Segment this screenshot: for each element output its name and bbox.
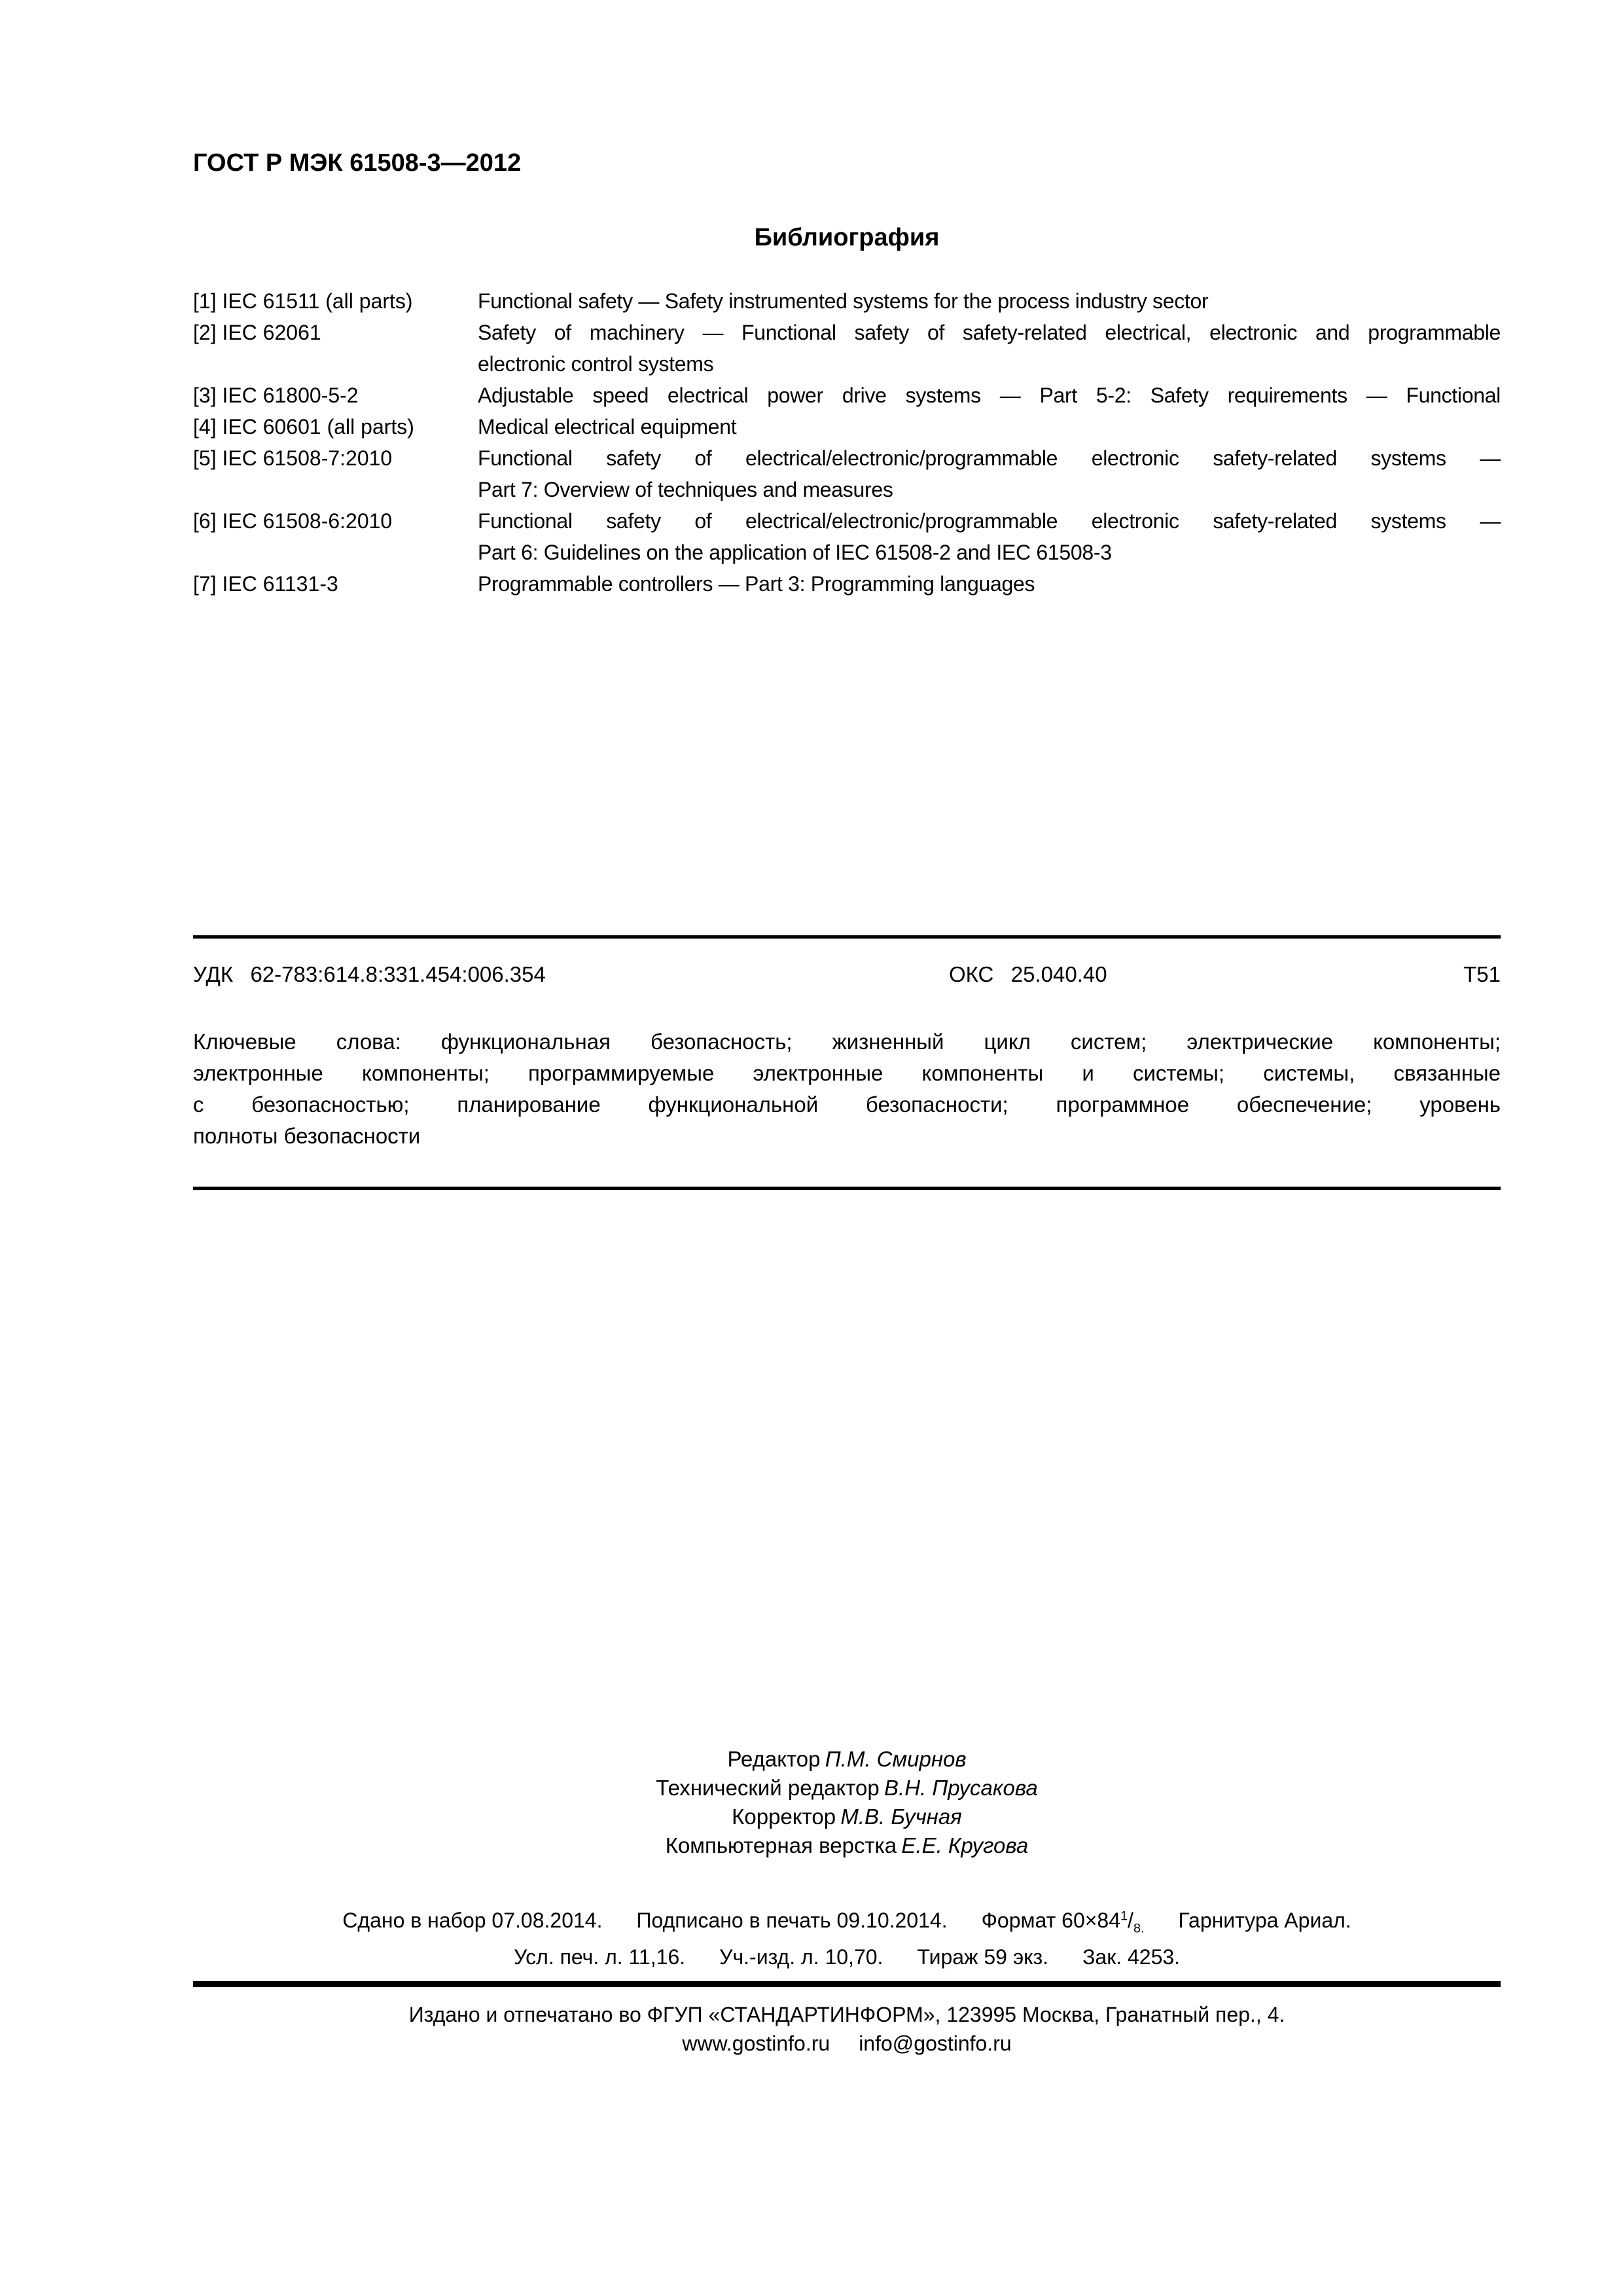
bibliography-ref-line: Functional safety of electrical/electron… [478,442,1501,474]
colophon-signed: Подписано в печать 09.10.2014. [636,1909,947,1933]
bibliography-ref-label: [4] IEC 60601 (all parts) [193,411,478,442]
publisher-address: Издано и отпечатано во ФГУП «СТАНДАРТИНФ… [193,2000,1501,2029]
bibliography-ref-title: Functional safety of electrical/electron… [478,505,1501,568]
colophon-line-1: Сдано в набор 07.08.2014.Подписано в печ… [193,1909,1501,1936]
bibliography-ref-label: [1] IEC 61511 (all parts) [193,285,478,317]
bibliography-ref-line: Adjustable speed electrical power drive … [478,380,1501,411]
horizontal-rule-middle [193,1187,1501,1190]
colophon-publishing-sheets: Уч.-изд. л. 10,70. [719,1945,883,1969]
horizontal-rule-bottom [193,1981,1501,1987]
credit-role: Компьютерная верстка [666,1833,897,1857]
credit-name: Е.Е. Кругова [901,1833,1028,1857]
credit-role: Редактор [727,1747,820,1771]
colophon-format: Формат 60×841/8. [982,1909,1145,1936]
bibliography-list: [1] IEC 61511 (all parts) Functional saf… [193,285,1501,600]
bibliography-ref-line: Part 7: Overview of techniques and measu… [478,474,1501,505]
colophon-line-2: Усл. печ. л. 11,16.Уч.-изд. л. 10,70.Тир… [193,1945,1501,1969]
section-title-bibliography: Библиография [193,224,1501,252]
bibliography-entry: [3] IEC 61800-5-2 Adjustable speed elect… [193,380,1501,411]
publisher-email: info@gostinfo.ru [859,2029,1012,2058]
bibliography-ref-title: Safety of machinery — Functional safety … [478,317,1501,380]
keywords-line: электронные компоненты; программируемые … [193,1058,1501,1089]
bibliography-entry: [4] IEC 60601 (all parts) Medical electr… [193,411,1501,442]
bibliography-ref-title: Functional safety of electrical/electron… [478,442,1501,505]
credit-line: КорректорМ.В. Бучная [193,1803,1501,1831]
bibliography-ref-line: Medical electrical equipment [478,411,1501,442]
format-superscript: 1 [1120,1909,1128,1923]
bibliography-ref-label: [2] IEC 62061 [193,317,478,348]
bibliography-ref-label: [7] IEC 61131-3 [193,568,478,600]
colophon-submitted: Сдано в набор 07.08.2014. [342,1909,602,1933]
publisher-block: Издано и отпечатано во ФГУП «СТАНДАРТИНФ… [193,2000,1501,2058]
classification-row: УДК62-783:614.8:331.454:006.354 ОКС25.04… [193,962,1501,991]
bibliography-ref-line: Programmable controllers — Part 3: Progr… [478,568,1501,600]
bibliography-ref-label: [6] IEC 61508-6:2010 [193,505,478,537]
format-prefix: Формат 60×84 [982,1909,1120,1932]
bibliography-ref-title: Medical electrical equipment [478,411,1501,442]
oks-code: ОКС25.040.40 [949,962,1107,987]
colophon-order: Зак. 4253. [1082,1945,1180,1969]
udk-code: УДК62-783:614.8:331.454:006.354 [193,962,546,987]
bibliography-entry: [6] IEC 61508-6:2010 Functional safety o… [193,505,1501,568]
keywords-paragraph: Ключевые слова: функциональная безопасно… [193,1026,1501,1152]
publisher-website: www.gostinfo.ru [682,2029,830,2058]
udk-value: 62-783:614.8:331.454:006.354 [250,962,545,986]
udk-label: УДК [193,962,233,986]
oks-label: ОКС [949,962,993,986]
format-subscript: 8. [1133,1921,1145,1935]
credit-line: РедакторП.М. Смирнов [193,1745,1501,1774]
horizontal-rule-top [193,935,1501,939]
bibliography-ref-line: Part 6: Guidelines on the application of… [478,537,1501,568]
bibliography-ref-line: Functional safety of electrical/electron… [478,505,1501,537]
credit-name: П.М. Смирнов [825,1747,967,1771]
bibliography-ref-label: [3] IEC 61800-5-2 [193,380,478,411]
bibliography-entry: [7] IEC 61131-3 Programmable controllers… [193,568,1501,600]
bibliography-entry: [1] IEC 61511 (all parts) Functional saf… [193,285,1501,317]
credit-role: Технический редактор [656,1776,879,1800]
bibliography-entry: [2] IEC 62061 Safety of machinery — Func… [193,317,1501,380]
publisher-contacts: www.gostinfo.ruinfo@gostinfo.ru [193,2029,1501,2058]
editorial-credits: РедакторП.М. Смирнов Технический редакто… [193,1745,1501,1860]
keywords-line: с безопасностью; планирование функционал… [193,1089,1501,1121]
bibliography-ref-line: Safety of machinery — Functional safety … [478,317,1501,348]
colophon-circulation: Тираж 59 экз. [917,1945,1048,1969]
colophon-typeface: Гарнитура Ариал. [1178,1909,1351,1933]
colophon-conventional-sheets: Усл. печ. л. 11,16. [514,1945,685,1969]
bibliography-entry: [5] IEC 61508-7:2010 Functional safety o… [193,442,1501,505]
bibliography-ref-title: Programmable controllers — Part 3: Progr… [478,568,1501,600]
standard-designation: ГОСТ Р МЭК 61508-3—2012 [193,149,521,177]
bibliography-ref-label: [5] IEC 61508-7:2010 [193,442,478,474]
keywords-line: полноты безопасности [193,1121,1501,1152]
bibliography-ref-title: Adjustable speed electrical power drive … [478,380,1501,411]
oks-value: 25.040.40 [1011,962,1107,986]
bibliography-ref-title: Functional safety — Safety instrumented … [478,285,1501,317]
credit-name: В.Н. Прусакова [884,1776,1038,1800]
document-page: ГОСТ Р МЭК 61508-3—2012 Библиография [1]… [0,0,1623,2296]
credit-role: Корректор [732,1804,836,1829]
credit-line: Технический редакторВ.Н. Прусакова [193,1774,1501,1803]
t-index: Т51 [1463,962,1501,987]
bibliography-ref-line: electronic control systems [478,348,1501,380]
format-slash: / [1128,1909,1133,1932]
credit-line: Компьютерная версткаЕ.Е. Кругова [193,1831,1501,1860]
credit-name: М.В. Бучная [840,1804,961,1829]
bibliography-ref-line: Functional safety — Safety instrumented … [478,285,1501,317]
keywords-line: Ключевые слова: функциональная безопасно… [193,1026,1501,1058]
